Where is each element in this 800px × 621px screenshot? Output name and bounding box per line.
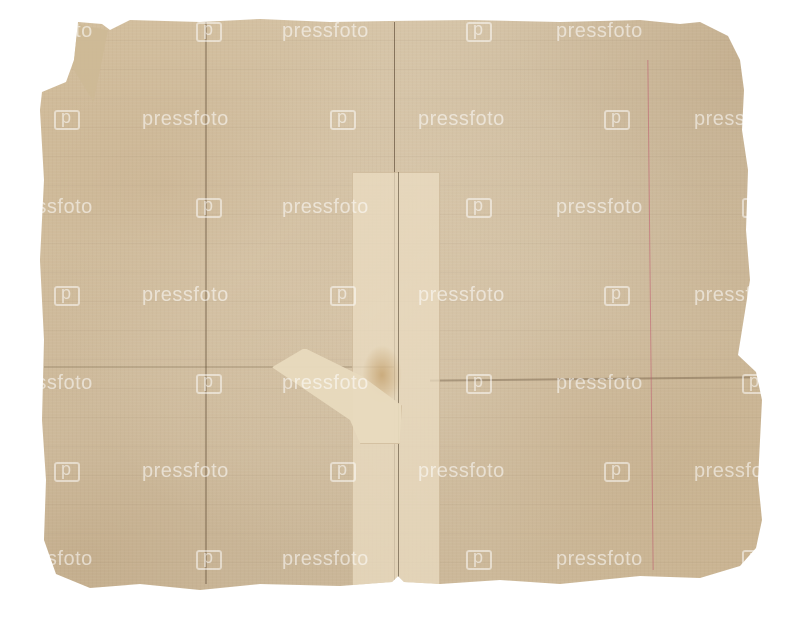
old-paper-sheet: [0, 0, 800, 621]
left-fold-line: [205, 22, 207, 584]
photo-stage: pressfotopressfotopressfotopressfotopres…: [0, 0, 800, 621]
watermark-logo-icon: [742, 22, 768, 42]
